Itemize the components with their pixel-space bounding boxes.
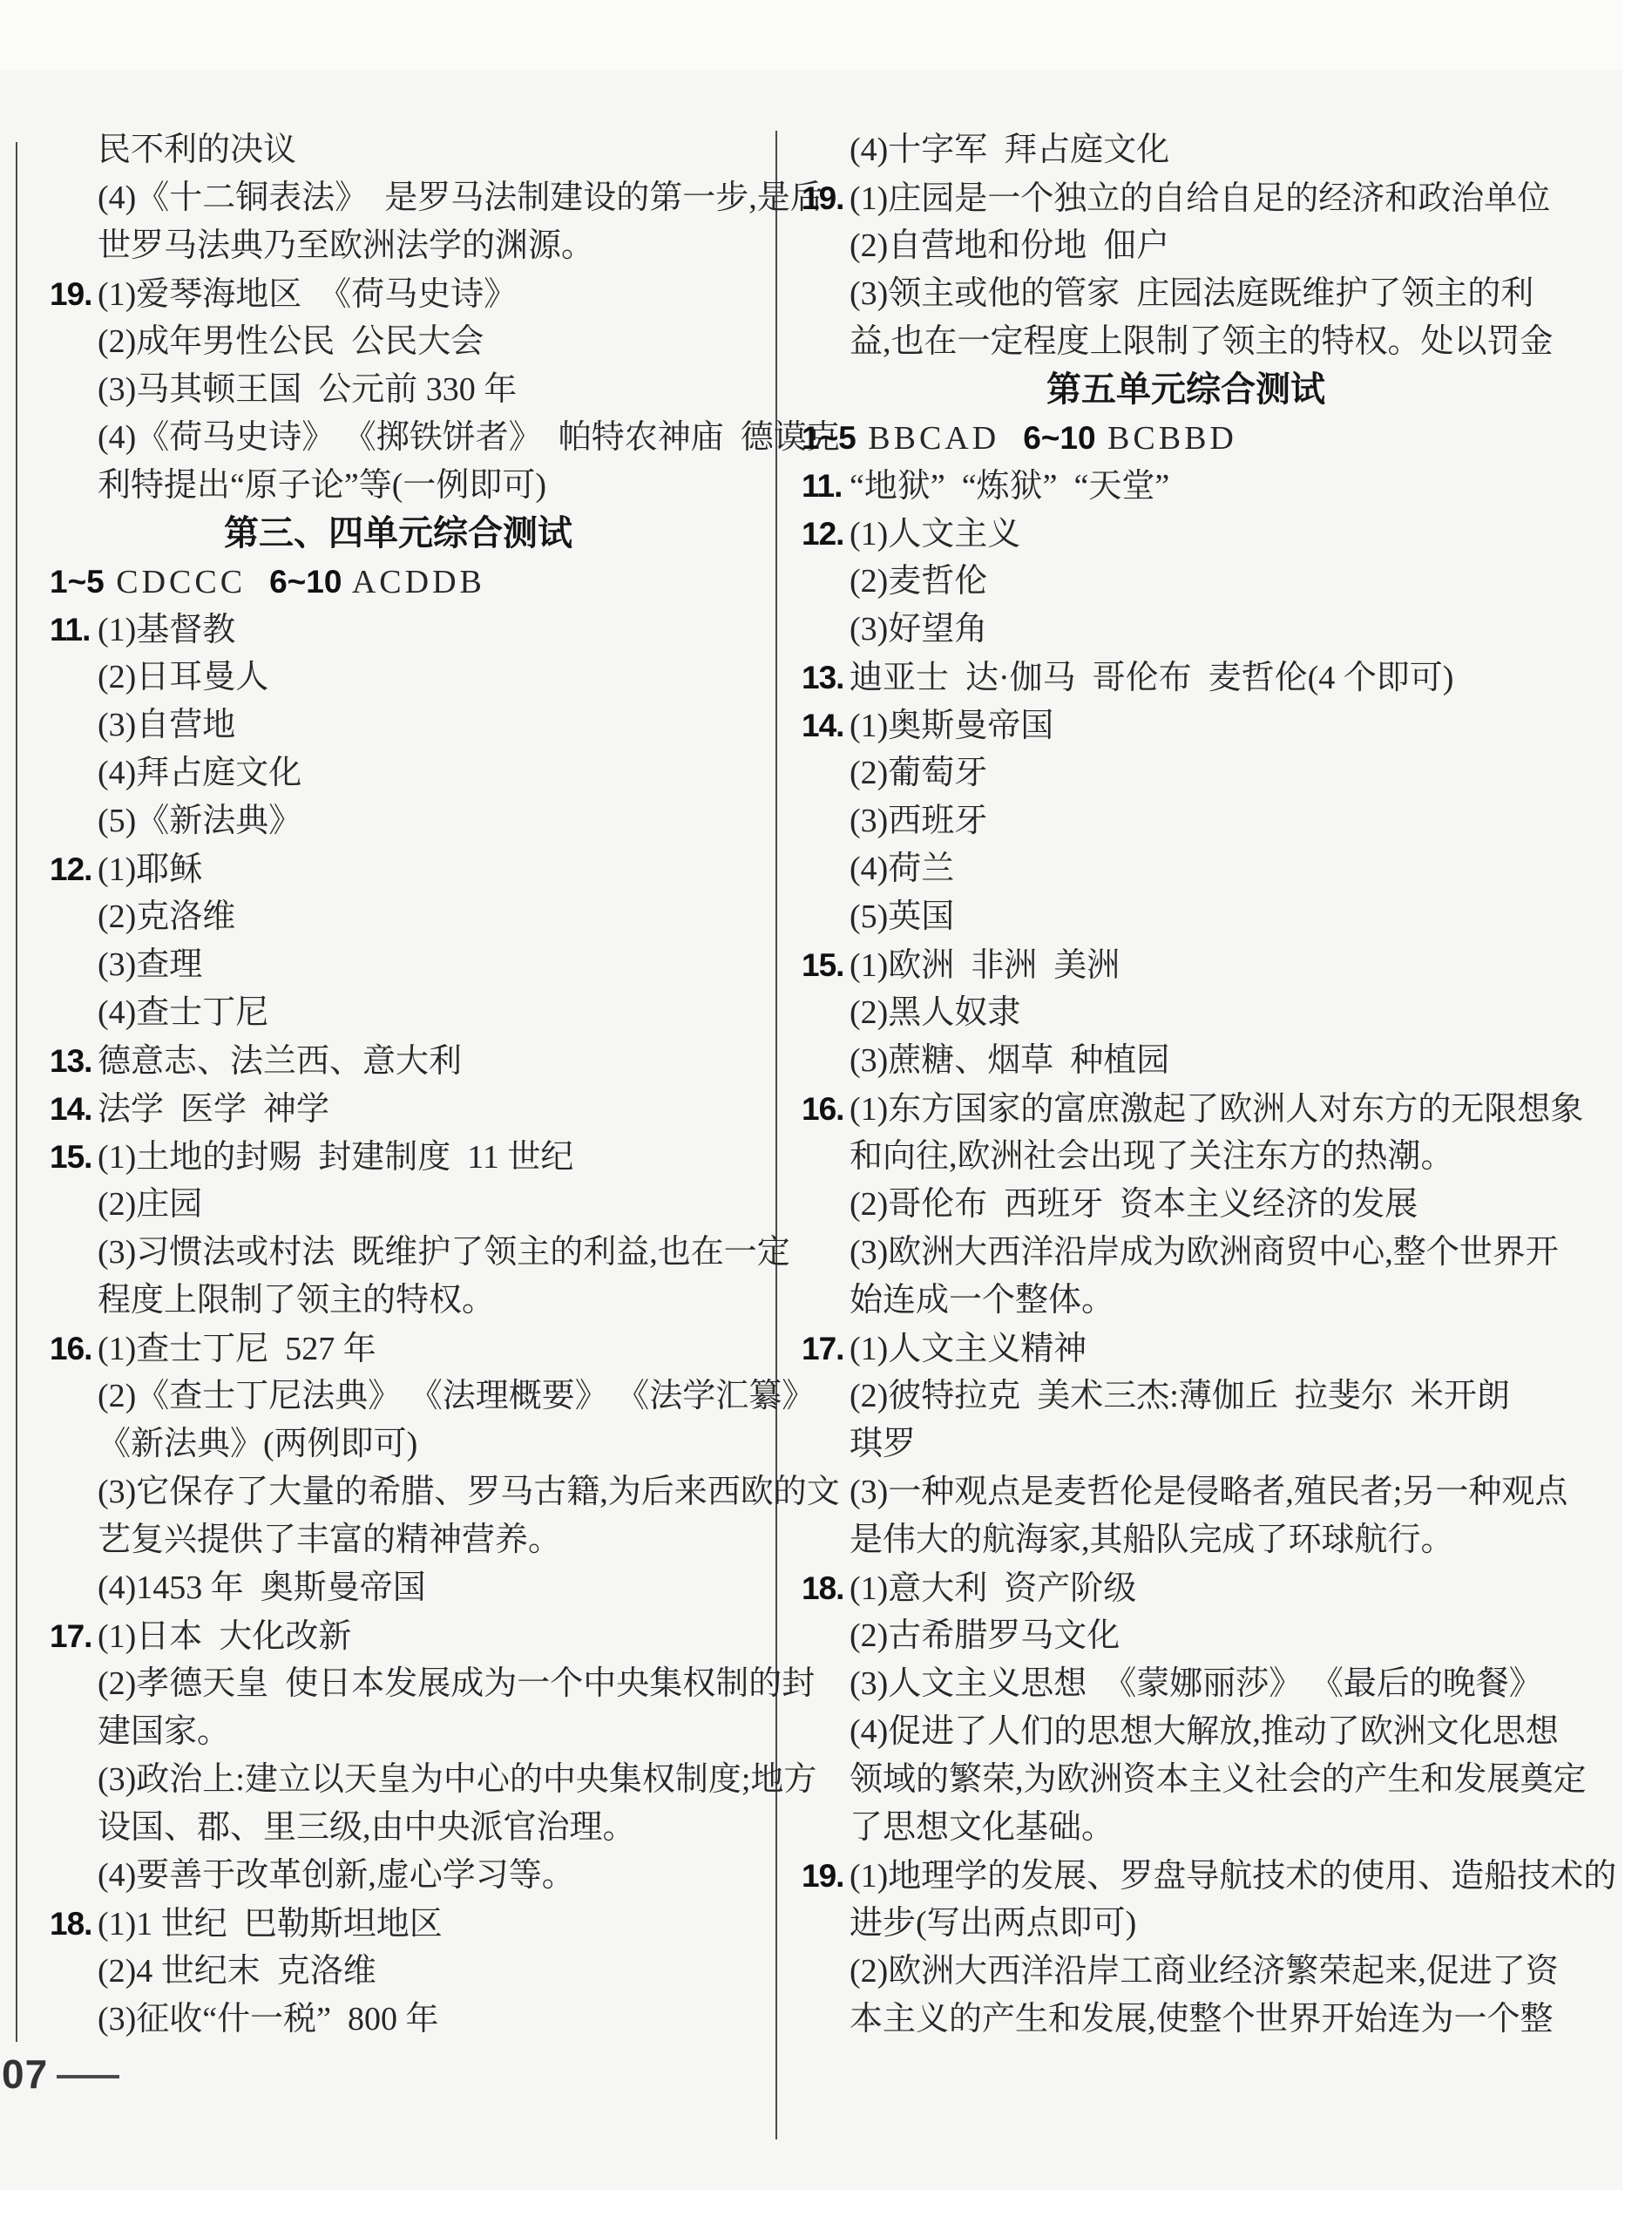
- answer-line: (2)麦哲伦: [802, 558, 1570, 606]
- answer-line: 14.法学 医学 神学: [50, 1085, 747, 1133]
- answer-line: (2)自营地和份地 佃户: [802, 222, 1570, 270]
- question-number: 13.: [50, 1037, 98, 1085]
- answer-line: (2)古希腊罗马文化: [802, 1612, 1570, 1660]
- answer-line: (2)克洛维: [50, 893, 747, 941]
- question-range: 6~10: [269, 564, 342, 600]
- answer-line: (5)英国: [802, 893, 1570, 941]
- answer-line: (4)1453 年 奥斯曼帝国: [50, 1564, 747, 1612]
- answer-line: 13.德意志、法兰西、意大利: [50, 1037, 747, 1085]
- question-number: 13.: [802, 654, 850, 702]
- choice-letters: CDCCC: [105, 564, 269, 600]
- answer-line: 19.(1)爱琴海地区 《荷马史诗》: [50, 270, 747, 318]
- answer-line: 进步(写出两点即可): [802, 1900, 1570, 1948]
- answer-text: 法学 医学 神学: [98, 1091, 329, 1128]
- answer-line: 益,也在一定程度上限制了领主的特权。处以罚金: [802, 318, 1570, 366]
- choice-letters: ACDDB: [342, 564, 484, 600]
- question-number: 17.: [50, 1612, 98, 1660]
- question-number: 14.: [50, 1085, 98, 1133]
- page-footer: 07: [2, 2050, 119, 2098]
- question-range: 6~10: [1023, 420, 1095, 456]
- answer-text: (1)欧洲 非洲 美洲: [850, 947, 1120, 984]
- answer-line: (2)庄园: [50, 1181, 747, 1229]
- answer-text: (1)查士丁尼 527 年: [98, 1331, 376, 1367]
- answer-line: 18.(1)意大利 资产阶级: [802, 1564, 1570, 1612]
- choice-letters: BBCAD: [856, 420, 1023, 457]
- answer-line: 和向往,欧洲社会出现了关注东方的热潮。: [802, 1133, 1570, 1181]
- answer-line: 《新法典》(两例即可): [50, 1420, 747, 1468]
- answer-line: (3)人文主义思想 《蒙娜丽莎》 《最后的晚餐》: [802, 1660, 1570, 1708]
- answer-line: (4)《十二铜表法》 是罗马法制建设的第一步,是后: [50, 174, 747, 222]
- answer-line: 琪罗: [802, 1420, 1570, 1468]
- answer-text: 德意志、法兰西、意大利: [98, 1043, 462, 1080]
- answer-text: (1)地理学的发展、罗盘导航技术的使用、造船技术的: [850, 1858, 1616, 1895]
- question-range: 1~5: [50, 564, 105, 600]
- section-heading: 第三、四单元综合测试: [50, 510, 747, 558]
- question-number: 16.: [802, 1085, 850, 1133]
- choice-letters: BCBBD: [1096, 420, 1237, 457]
- question-number: 19.: [802, 174, 850, 222]
- answer-line: 设国、郡、里三级,由中央派官治理。: [50, 1804, 747, 1852]
- question-range: 1~5: [802, 420, 856, 456]
- left-margin-rule: [16, 142, 17, 2042]
- answer-line: (3)征收“什一税” 800 年: [50, 1996, 747, 2044]
- choice-answers-line: 1~5 BBCAD 6~10 BCBBD: [802, 414, 1570, 462]
- answer-line: 领域的繁荣,为欧洲资本主义社会的产生和发展奠定: [802, 1756, 1570, 1804]
- question-number: 18.: [802, 1564, 850, 1612]
- answer-line: 始连成一个整体。: [802, 1277, 1570, 1325]
- answer-text: (1)庄园是一个独立的自给自足的经济和政治单位: [850, 180, 1550, 217]
- question-number: 18.: [50, 1900, 98, 1948]
- choice-answers-line: 1~5 CDCCC 6~10 ACDDB: [50, 558, 747, 606]
- answer-text: (1)人文主义精神: [850, 1331, 1087, 1367]
- answer-line: (3)好望角: [802, 606, 1570, 654]
- answer-line: 19.(1)庄园是一个独立的自给自足的经济和政治单位: [802, 174, 1570, 222]
- answer-line: 程度上限制了领主的特权。: [50, 1277, 747, 1325]
- answer-text: (1)意大利 资产阶级: [850, 1570, 1136, 1607]
- answer-text: (1)基督教: [98, 612, 235, 648]
- question-number: 11.: [802, 462, 850, 510]
- answer-line: 艺复兴提供了丰富的精神营养。: [50, 1516, 747, 1564]
- answer-line: (3)一种观点是麦哲伦是侵略者,殖民者;另一种观点: [802, 1468, 1570, 1516]
- section-heading: 第五单元综合测试: [802, 366, 1570, 414]
- answer-line: 12.(1)耶稣: [50, 845, 747, 893]
- answer-text: (1)爱琴海地区 《荷马史诗》: [98, 276, 517, 313]
- answer-line: 了思想文化基础。: [802, 1804, 1570, 1852]
- answer-line: 15.(1)欧洲 非洲 美洲: [802, 941, 1570, 989]
- question-number: 15.: [802, 941, 850, 989]
- answer-line: 是伟大的航海家,其船队完成了环球航行。: [802, 1516, 1570, 1564]
- page-right-margin: [1622, 0, 1652, 2217]
- answer-line: 本主义的产生和发展,使整个世界开始连为一个整: [802, 1996, 1570, 2044]
- answer-text: (1)土地的封赐 封建制度 11 世纪: [98, 1139, 573, 1176]
- answer-line: 建国家。: [50, 1708, 747, 1756]
- question-number: 14.: [802, 702, 850, 749]
- answer-text: (1)耶稣: [98, 851, 202, 888]
- answer-line: (2)葡萄牙: [802, 749, 1570, 797]
- answer-line: (2)黑人奴隶: [802, 989, 1570, 1037]
- question-number: 11.: [50, 606, 98, 654]
- question-number: 19.: [50, 270, 98, 318]
- answer-line: (3)自营地: [50, 702, 747, 749]
- answer-line: 17.(1)日本 大化改新: [50, 1612, 747, 1660]
- answer-line: 15.(1)土地的封赐 封建制度 11 世纪: [50, 1133, 747, 1181]
- answer-line: (2)《查士丁尼法典》 《法理概要》 《法学汇纂》: [50, 1373, 747, 1420]
- answer-line: (2)欧洲大西洋沿岸工商业经济繁荣起来,促进了资: [802, 1948, 1570, 1996]
- answer-line: (5)《新法典》: [50, 797, 747, 845]
- answer-line: (2)日耳曼人: [50, 654, 747, 702]
- answer-line: (3)领主或他的管家 庄园法庭既维护了领主的利: [802, 270, 1570, 318]
- answer-line: 19.(1)地理学的发展、罗盘导航技术的使用、造船技术的: [802, 1852, 1570, 1900]
- question-number: 16.: [50, 1325, 98, 1373]
- answer-line: (3)马其顿王国 公元前 330 年: [50, 366, 747, 414]
- answer-line: 11.“地狱” “炼狱” “天堂”: [802, 462, 1570, 510]
- answer-line: (2)孝德天皇 使日本发展成为一个中央集权制的封: [50, 1660, 747, 1708]
- answer-line: (2)成年男性公民 公民大会: [50, 318, 747, 366]
- question-number: 17.: [802, 1325, 850, 1373]
- question-number: 15.: [50, 1133, 98, 1181]
- answer-line: 世罗马法典乃至欧洲法学的渊源。: [50, 222, 747, 270]
- left-answer-column: 民不利的决议(4)《十二铜表法》 是罗马法制建设的第一步,是后世罗马法典乃至欧洲…: [50, 126, 747, 2044]
- answer-line: (4)《荷马史诗》 《掷铁饼者》 帕特农神庙 德谟克: [50, 414, 747, 462]
- answer-line: (4)促进了人们的思想大解放,推动了欧洲文化思想: [802, 1708, 1570, 1756]
- answer-text: (1)1 世纪 巴勒斯坦地区: [98, 1906, 443, 1942]
- question-number: 12.: [802, 510, 850, 558]
- answer-line: 16.(1)查士丁尼 527 年: [50, 1325, 747, 1373]
- answer-line: 民不利的决议: [50, 126, 747, 174]
- answer-line: (3)政治上:建立以天皇为中心的中央集权制度;地方: [50, 1756, 747, 1804]
- answer-line: 14.(1)奥斯曼帝国: [802, 702, 1570, 749]
- answer-line: (2)哥伦布 西班牙 资本主义经济的发展: [802, 1181, 1570, 1229]
- answer-line: (4)拜占庭文化: [50, 749, 747, 797]
- answer-text: (1)东方国家的富庶激起了欧洲人对东方的无限想象: [850, 1091, 1583, 1128]
- answer-line: (3)它保存了大量的希腊、罗马古籍,为后来西欧的文: [50, 1468, 747, 1516]
- answer-line: (4)查士丁尼: [50, 989, 747, 1037]
- answer-text: 迪亚士 达·伽马 哥伦布 麦哲伦(4 个即可): [850, 660, 1453, 696]
- answer-line: (2)彼特拉克 美术三杰:薄伽丘 拉斐尔 米开朗: [802, 1373, 1570, 1420]
- page-bottom-margin: [0, 2190, 1652, 2217]
- answer-line: (4)要善于改革创新,虚心学习等。: [50, 1852, 747, 1900]
- answer-line: 13.迪亚士 达·伽马 哥伦布 麦哲伦(4 个即可): [802, 654, 1570, 702]
- answer-line: 17.(1)人文主义精神: [802, 1325, 1570, 1373]
- page-number: 07: [2, 2051, 48, 2098]
- answer-line: 利特提出“原子论”等(一例即可): [50, 462, 747, 510]
- answer-line: (4)十字军 拜占庭文化: [802, 126, 1570, 174]
- answer-line: (3)欧洲大西洋沿岸成为欧洲商贸中心,整个世界开: [802, 1229, 1570, 1277]
- page-number-rule: [57, 2075, 119, 2078]
- answer-text: “地狱” “炼狱” “天堂”: [850, 468, 1169, 505]
- answer-text: (1)日本 大化改新: [98, 1618, 351, 1655]
- question-number: 19.: [802, 1852, 850, 1900]
- answer-line: (3)西班牙: [802, 797, 1570, 845]
- question-number: 12.: [50, 845, 98, 893]
- answer-text: (1)人文主义: [850, 516, 1020, 553]
- page-top-margin: [0, 0, 1652, 70]
- answer-line: (3)查理: [50, 941, 747, 989]
- answer-line: 16.(1)东方国家的富庶激起了欧洲人对东方的无限想象: [802, 1085, 1570, 1133]
- answer-line: 12.(1)人文主义: [802, 510, 1570, 558]
- answer-line: 11.(1)基督教: [50, 606, 747, 654]
- right-answer-column: (4)十字军 拜占庭文化19.(1)庄园是一个独立的自给自足的经济和政治单位(2…: [802, 126, 1570, 2044]
- answer-line: (3)蔗糖、烟草 种植园: [802, 1037, 1570, 1085]
- answer-line: (3)习惯法或村法 既维护了领主的利益,也在一定: [50, 1229, 747, 1277]
- answer-line: 18.(1)1 世纪 巴勒斯坦地区: [50, 1900, 747, 1948]
- answer-line: (4)荷兰: [802, 845, 1570, 893]
- answer-text: (1)奥斯曼帝国: [850, 708, 1053, 744]
- answer-line: (2)4 世纪末 克洛维: [50, 1948, 747, 1996]
